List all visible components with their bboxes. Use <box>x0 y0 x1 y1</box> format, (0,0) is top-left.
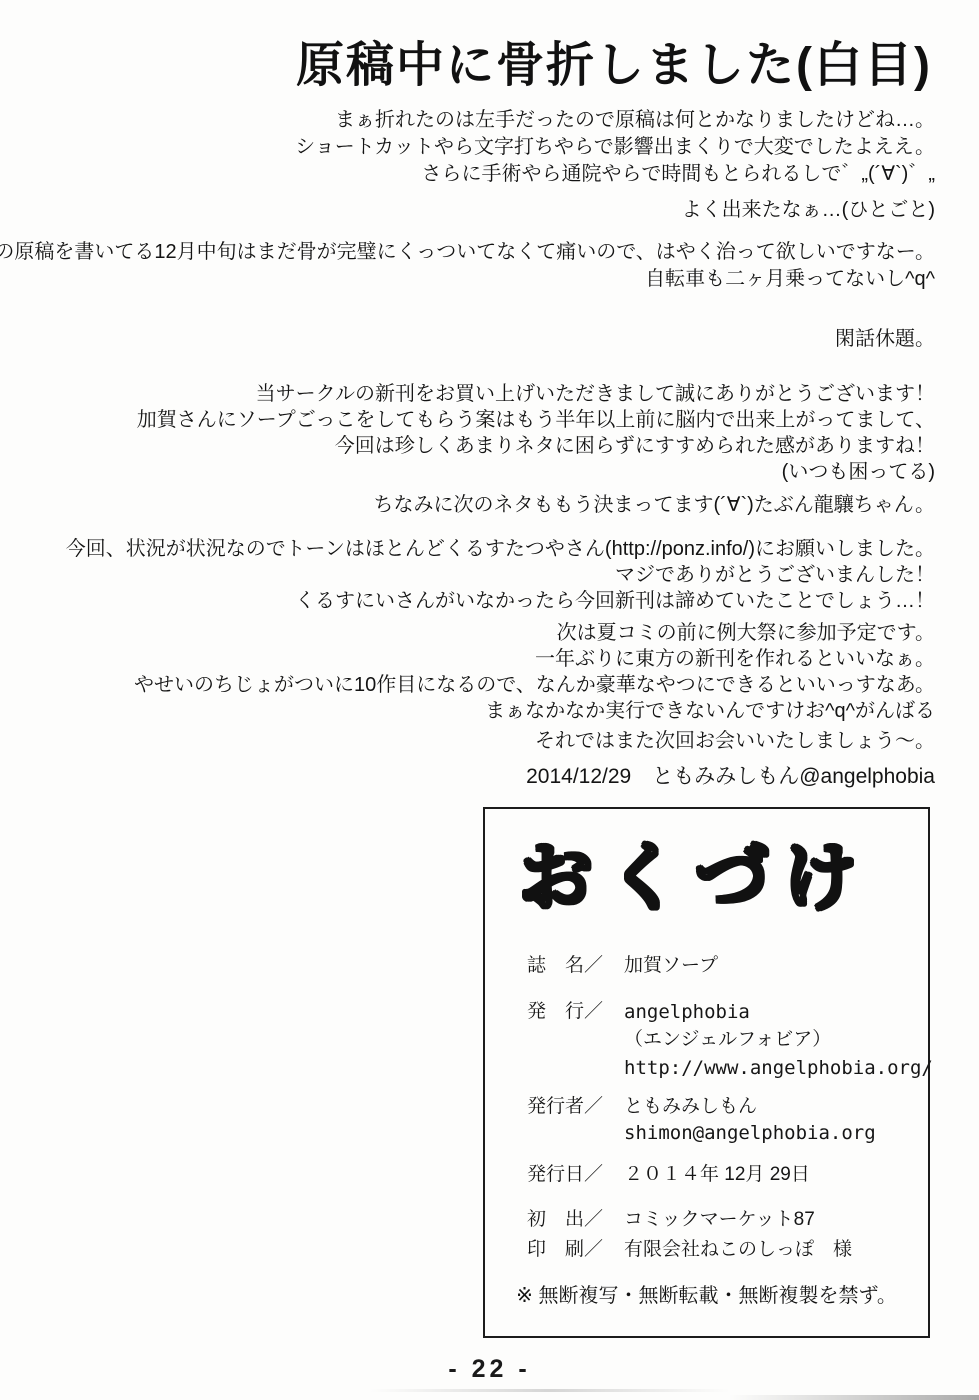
afterword-paragraph-thanks: 当サークルの新刊をお買い上げいただきまして誠にありがとうございます！ 加賀さんに… <box>137 381 935 485</box>
colophon-row-publisher: 発 行／ angelphobia （エンジェルフォビア） http://www.… <box>527 998 933 1082</box>
afterword-line: 加賀さんにソープごっこをしてもらう案はもう半年以上前に脳内で出来上がってまして、 <box>137 407 935 433</box>
afterword-line: マジでありがとうございまんした！ <box>66 562 935 588</box>
afterword-line: まぁ折れたのは左手だったので原稿は何とかなりましたけどね…。 <box>295 107 935 134</box>
afterword-paragraph-transition: 閑話休題。 <box>835 326 935 353</box>
colophon-row-author: 発行者／ ともみみしもん shimon@angelphobia.org <box>527 1093 876 1147</box>
afterword-paragraph-healing: この原稿を書いてる12月中旬はまだ骨が完璧にくっついてなくて痛いので、はやく治っ… <box>0 239 935 293</box>
afterword-line: 今回は珍しくあまりネタに困らずにすすめられた感がありますね！ <box>137 433 935 459</box>
colophon-value: ともみみしもん <box>624 1093 876 1120</box>
afterword-paragraph-credits: 今回、状況が状況なのでトーンはほとんどくるすたつやさん(http://ponz.… <box>66 536 935 614</box>
afterword-line: 当サークルの新刊をお買い上げいただきまして誠にありがとうございます！ <box>137 381 935 407</box>
colophon-box: おくづけ 誌 名／ 加賀ソープ 発 行／ angelphobia （エンジェルフ… <box>483 807 930 1338</box>
colophon-value: コミックマーケット87 <box>624 1206 815 1234</box>
afterword-line: ショートカットやら文字打ちやらで影響出まくりで大変でしたよええ。 <box>295 134 935 161</box>
afterword-paragraph-aside: よく出来たなぁ…(ひとごと) <box>682 197 935 224</box>
afterword-line: よく出来たなぁ…(ひとごと) <box>682 197 935 224</box>
colophon-row-title: 誌 名／ 加賀ソープ <box>527 952 718 980</box>
afterword-signature: 2014/12/29 ともみみしもん@angelphobia <box>526 763 935 790</box>
colophon-value: （エンジェルフォビア） <box>624 1026 933 1054</box>
afterword-line: さらに手術やら通院やらで時間もとられるしで゛„(´∀`)゛„ <box>295 161 935 188</box>
scan-artifact <box>729 1395 979 1400</box>
colophon-value: ２０１４年 12月 29日 <box>624 1161 810 1189</box>
colophon-label: 発行日／ <box>527 1161 624 1189</box>
afterword-line: くるすにいさんがいなかったら今回新刊は諦めていたことでしょう…！ <box>66 588 935 614</box>
colophon-value: 有限会社ねこのしっぽ 様 <box>624 1236 852 1264</box>
scanned-afterword-page: 原稿中に骨折しました(白目) まぁ折れたのは左手だったので原稿は何とかなりました… <box>0 0 979 1400</box>
afterword-paragraph-farewell: それではまた次回お会いいたしましょう～。 <box>535 728 935 755</box>
page-number: - 22 - <box>0 1355 979 1384</box>
colophon-value-email: shimon@angelphobia.org <box>624 1120 876 1147</box>
afterword-line: 自転車も二ヶ月乗ってないし^q^ <box>0 266 935 293</box>
afterword-paragraph-injury: まぁ折れたのは左手だったので原稿は何とかなりましたけどね…。 ショートカットやら… <box>295 107 935 188</box>
colophon-value: 加賀ソープ <box>624 952 718 980</box>
colophon-heading: おくづけ <box>519 819 871 925</box>
afterword-line: それではまた次回お会いいたしましょう～。 <box>535 728 935 755</box>
colophon-label: 誌 名／ <box>527 952 624 980</box>
colophon-label: 発 行／ <box>527 998 624 1082</box>
afterword-line: この原稿を書いてる12月中旬はまだ骨が完璧にくっついてなくて痛いので、はやく治っ… <box>0 239 935 266</box>
copyright-notice: ※ 無断複写・無断転載・無断複製を禁ず。 <box>485 1279 928 1308</box>
afterword-paragraph-plans: 次は夏コミの前に例大祭に参加予定です。 一年ぶりに東方の新刊を作れるといいなぁ。… <box>134 620 935 724</box>
afterword-line: (いつも困ってる) <box>137 459 935 485</box>
colophon-row-first-published: 初 出／ コミックマーケット87 <box>527 1206 815 1234</box>
afterword-line: やせいのちじょがついに10作目になるので、なんか豪華なやつにできるといいっすなあ… <box>134 672 935 698</box>
afterword-line: 閑話休題。 <box>835 326 935 353</box>
afterword-line: ちなみに次のネタももう決まってます(´∀`)たぶん龍驤ちゃん。 <box>373 492 935 519</box>
colophon-row-printer: 印 刷／ 有限会社ねこのしっぽ 様 <box>527 1236 852 1264</box>
afterword-line: まぁなかなか実行できないんですけお^q^がんばる <box>134 698 935 724</box>
colophon-value-url: http://www.angelphobia.org/ <box>624 1054 933 1082</box>
colophon-label: 印 刷／ <box>527 1236 624 1264</box>
afterword-paragraph-next-idea: ちなみに次のネタももう決まってます(´∀`)たぶん龍驤ちゃん。 <box>373 492 935 519</box>
colophon-label: 初 出／ <box>527 1206 624 1234</box>
scan-artifact <box>370 1389 730 1392</box>
colophon-label: 発行者／ <box>527 1093 624 1147</box>
colophon-row-date: 発行日／ ２０１４年 12月 29日 <box>527 1161 810 1189</box>
afterword-line: 今回、状況が状況なのでトーンはほとんどくるすたつやさん(http://ponz.… <box>66 536 935 562</box>
afterword-line: 一年ぶりに東方の新刊を作れるといいなぁ。 <box>134 646 935 672</box>
page-title: 原稿中に骨折しました(白目) <box>296 26 932 95</box>
colophon-value: angelphobia <box>624 998 933 1026</box>
afterword-line: 次は夏コミの前に例大祭に参加予定です。 <box>134 620 935 646</box>
